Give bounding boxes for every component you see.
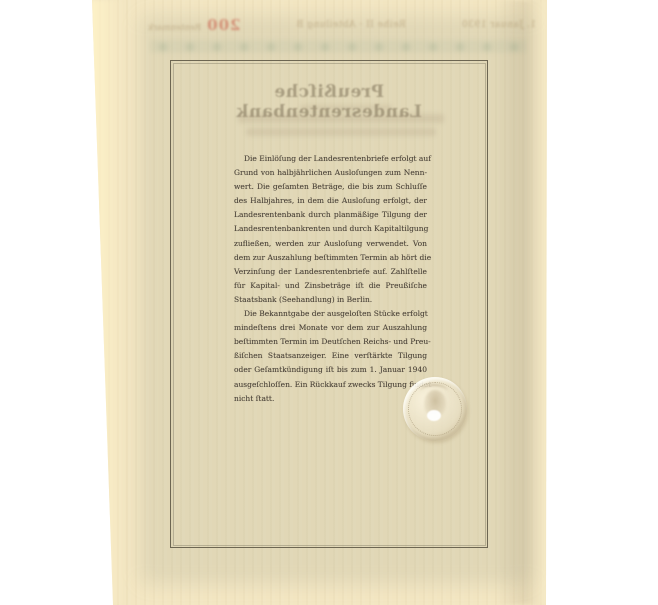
embossed-seal	[403, 377, 467, 441]
text-line: Landesrentenbank durch planmäßige Tilgun…	[234, 208, 427, 222]
text-line: Die Einlöſung der Landesrentenbriefe erf…	[234, 152, 427, 166]
bleed-through-header-row: 1. Januar 1930 Reihe II · Abteilung B 20…	[148, 14, 536, 36]
text-line: wert. Die geſamten Beträge, die bis zum …	[234, 180, 427, 194]
body-text: Die Einlöſung der Landesrentenbriefe erf…	[234, 152, 427, 406]
text-line: für Kapital- und Zinsbeträge iſt die Pre…	[234, 279, 427, 293]
text-line: mindeſtens drei Monate vor dem zur Ausza…	[234, 321, 427, 335]
scanned-certificate-reverse: 1. Januar 1930 Reihe II · Abteilung B 20…	[0, 0, 658, 605]
text-line: Die Bekanntgabe der ausgeloſten Stücke e…	[234, 307, 427, 321]
text-line: oder Geſamtkündigung iſt bis zum 1. Janu…	[234, 363, 427, 377]
seal-highlight	[427, 410, 441, 421]
text-line: Landesrentenbankrenten und durch Kapital…	[234, 222, 427, 236]
text-line: dem zur Auszahlung beſtimmten Termin ab …	[234, 251, 427, 265]
text-line: beſtimmten Termin im Deutſchen Reichs- u…	[234, 335, 427, 349]
bleed-denomination-number: 200	[206, 16, 240, 34]
text-line: Staatsbank (Seehandlung) in Berlin.	[234, 293, 427, 307]
paper-edge-shade-left	[90, 0, 126, 605]
text-line: ßiſchen Staatsanzeiger. Eine verſtärkte …	[234, 349, 427, 363]
bleed-denomination: 200 Rentenmark	[148, 16, 240, 34]
text-line: Grund von halbjährlichen Ausloſungen zum…	[234, 166, 427, 180]
text-line: nicht ſtatt.	[234, 392, 427, 406]
paragraph: Die Bekanntgabe der ausgeloſten Stücke e…	[234, 307, 427, 406]
paragraph: Die Einlöſung der Landesrentenbriefe erf…	[234, 152, 427, 307]
text-line: Verzinſung der Landesrentenbriefe auf. Z…	[234, 265, 427, 279]
bleed-ornament-band	[150, 37, 526, 58]
text-line: zufließen, werden zur Ausloſung verwende…	[234, 237, 427, 251]
bleed-series-text: Reihe II · Abteilung B	[296, 20, 405, 30]
paper-sheet: 1. Januar 1930 Reihe II · Abteilung B 20…	[0, 0, 658, 605]
bleed-denomination-word: Rentenmark	[148, 23, 201, 33]
text-line: des Halbjahres, in dem die Ausloſung erf…	[234, 194, 427, 208]
bleed-date-text: 1. Januar 1930	[462, 20, 536, 30]
text-line: ausgeſchloſſen. Ein Rückkauf zwecks Tilg…	[234, 378, 427, 392]
